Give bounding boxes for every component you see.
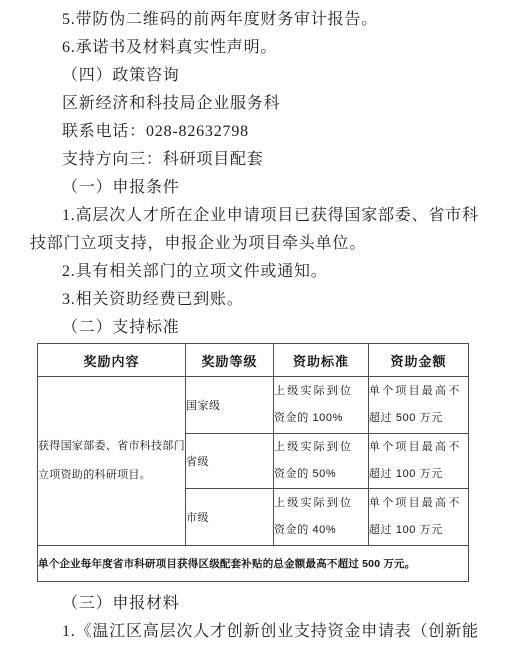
paragraph-line: 1.高层次人才所在企业申请项目已获得国家部委、省市科 — [30, 202, 483, 230]
amount-line: 超过 100 万元 — [369, 517, 468, 544]
amount-line: 单个项目最高不 — [369, 434, 468, 461]
standard-line: 资金的 50% — [274, 461, 368, 488]
paragraph-line-continuation: 技部门立项支持，申报企业为项目牵头单位。 — [30, 230, 483, 258]
section-heading-conditions: （一）申报条件 — [30, 174, 483, 202]
col-header-subsidy-standard: 资助标准 — [274, 344, 369, 377]
standard-line: 上级实际到位 — [274, 434, 368, 461]
amount-line: 单个项目最高不 — [369, 378, 468, 405]
table-footnote-row: 单个企业每年度省市科研项目获得区级配套补贴的总金额最高不超过 500 万元。 — [38, 546, 469, 582]
document-page: 5.带防伪二维码的前两年度财务审计报告。 6.承诺书及材料真实性声明。 （四）政… — [0, 0, 513, 655]
section-heading-policy-consult: （四）政策咨询 — [30, 62, 483, 90]
table-header-row: 奖励内容 奖励等级 资助标准 资助金额 — [38, 344, 469, 377]
paragraph-line: 1.《温江区高层次人才创新创业支持资金申请表（创新能 — [30, 618, 483, 646]
level-cell: 国家级 — [186, 377, 274, 434]
award-content-cell: 获得国家部委、省市科技部门 立项资助的科研项目。 — [38, 377, 186, 546]
table-row: 获得国家部委、省市科技部门 立项资助的科研项目。 国家级 上级实际到位 资金的 … — [38, 377, 469, 434]
standard-cell: 上级实际到位 资金的 100% — [274, 377, 369, 434]
amount-line: 超过 100 万元 — [369, 461, 468, 488]
standard-line: 上级实际到位 — [274, 490, 368, 517]
support-direction-heading: 支持方向三：科研项目配套 — [30, 146, 483, 174]
col-header-subsidy-amount: 资助金额 — [369, 344, 469, 377]
paragraph-line: 5.带防伪二维码的前两年度财务审计报告。 — [30, 6, 483, 34]
amount-cell: 单个项目最高不 超过 100 万元 — [369, 489, 469, 546]
standard-line: 上级实际到位 — [274, 378, 368, 405]
section-heading-materials: （三）申报材料 — [30, 590, 483, 618]
col-header-award-level: 奖励等级 — [186, 344, 274, 377]
paragraph-line: 2.具有相关部门的立项文件或通知。 — [30, 258, 483, 286]
amount-line: 单个项目最高不 — [369, 490, 468, 517]
support-standard-table: 奖励内容 奖励等级 资助标准 资助金额 获得国家部委、省市科技部门 立项资助的科… — [37, 343, 469, 582]
contact-phone-line: 联系电话：028-82632798 — [30, 118, 483, 146]
paragraph-line: 3.相关资助经费已到账。 — [30, 286, 483, 314]
amount-line: 超过 500 万元 — [369, 405, 468, 432]
paragraph-line: 6.承诺书及材料真实性声明。 — [30, 34, 483, 62]
table-footnote: 单个企业每年度省市科研项目获得区级配套补贴的总金额最高不超过 500 万元。 — [38, 546, 469, 582]
standard-line: 资金的 40% — [274, 517, 368, 544]
standard-line: 资金的 100% — [274, 405, 368, 432]
award-content-line: 立项资助的科研项目。 — [38, 461, 185, 490]
amount-cell: 单个项目最高不 超过 100 万元 — [369, 434, 469, 489]
award-content-line: 获得国家部委、省市科技部门 — [38, 432, 185, 461]
section-heading-support-standard: （二）支持标准 — [30, 314, 483, 342]
level-cell: 市级 — [186, 489, 274, 546]
paragraph-line: 区新经济和科技局企业服务科 — [30, 90, 483, 118]
document-content: 5.带防伪二维码的前两年度财务审计报告。 6.承诺书及材料真实性声明。 （四）政… — [0, 0, 513, 646]
level-cell: 省级 — [186, 434, 274, 489]
standard-cell: 上级实际到位 资金的 40% — [274, 489, 369, 546]
amount-cell: 单个项目最高不 超过 500 万元 — [369, 377, 469, 434]
col-header-award-content: 奖励内容 — [38, 344, 186, 377]
standard-cell: 上级实际到位 资金的 50% — [274, 434, 369, 489]
